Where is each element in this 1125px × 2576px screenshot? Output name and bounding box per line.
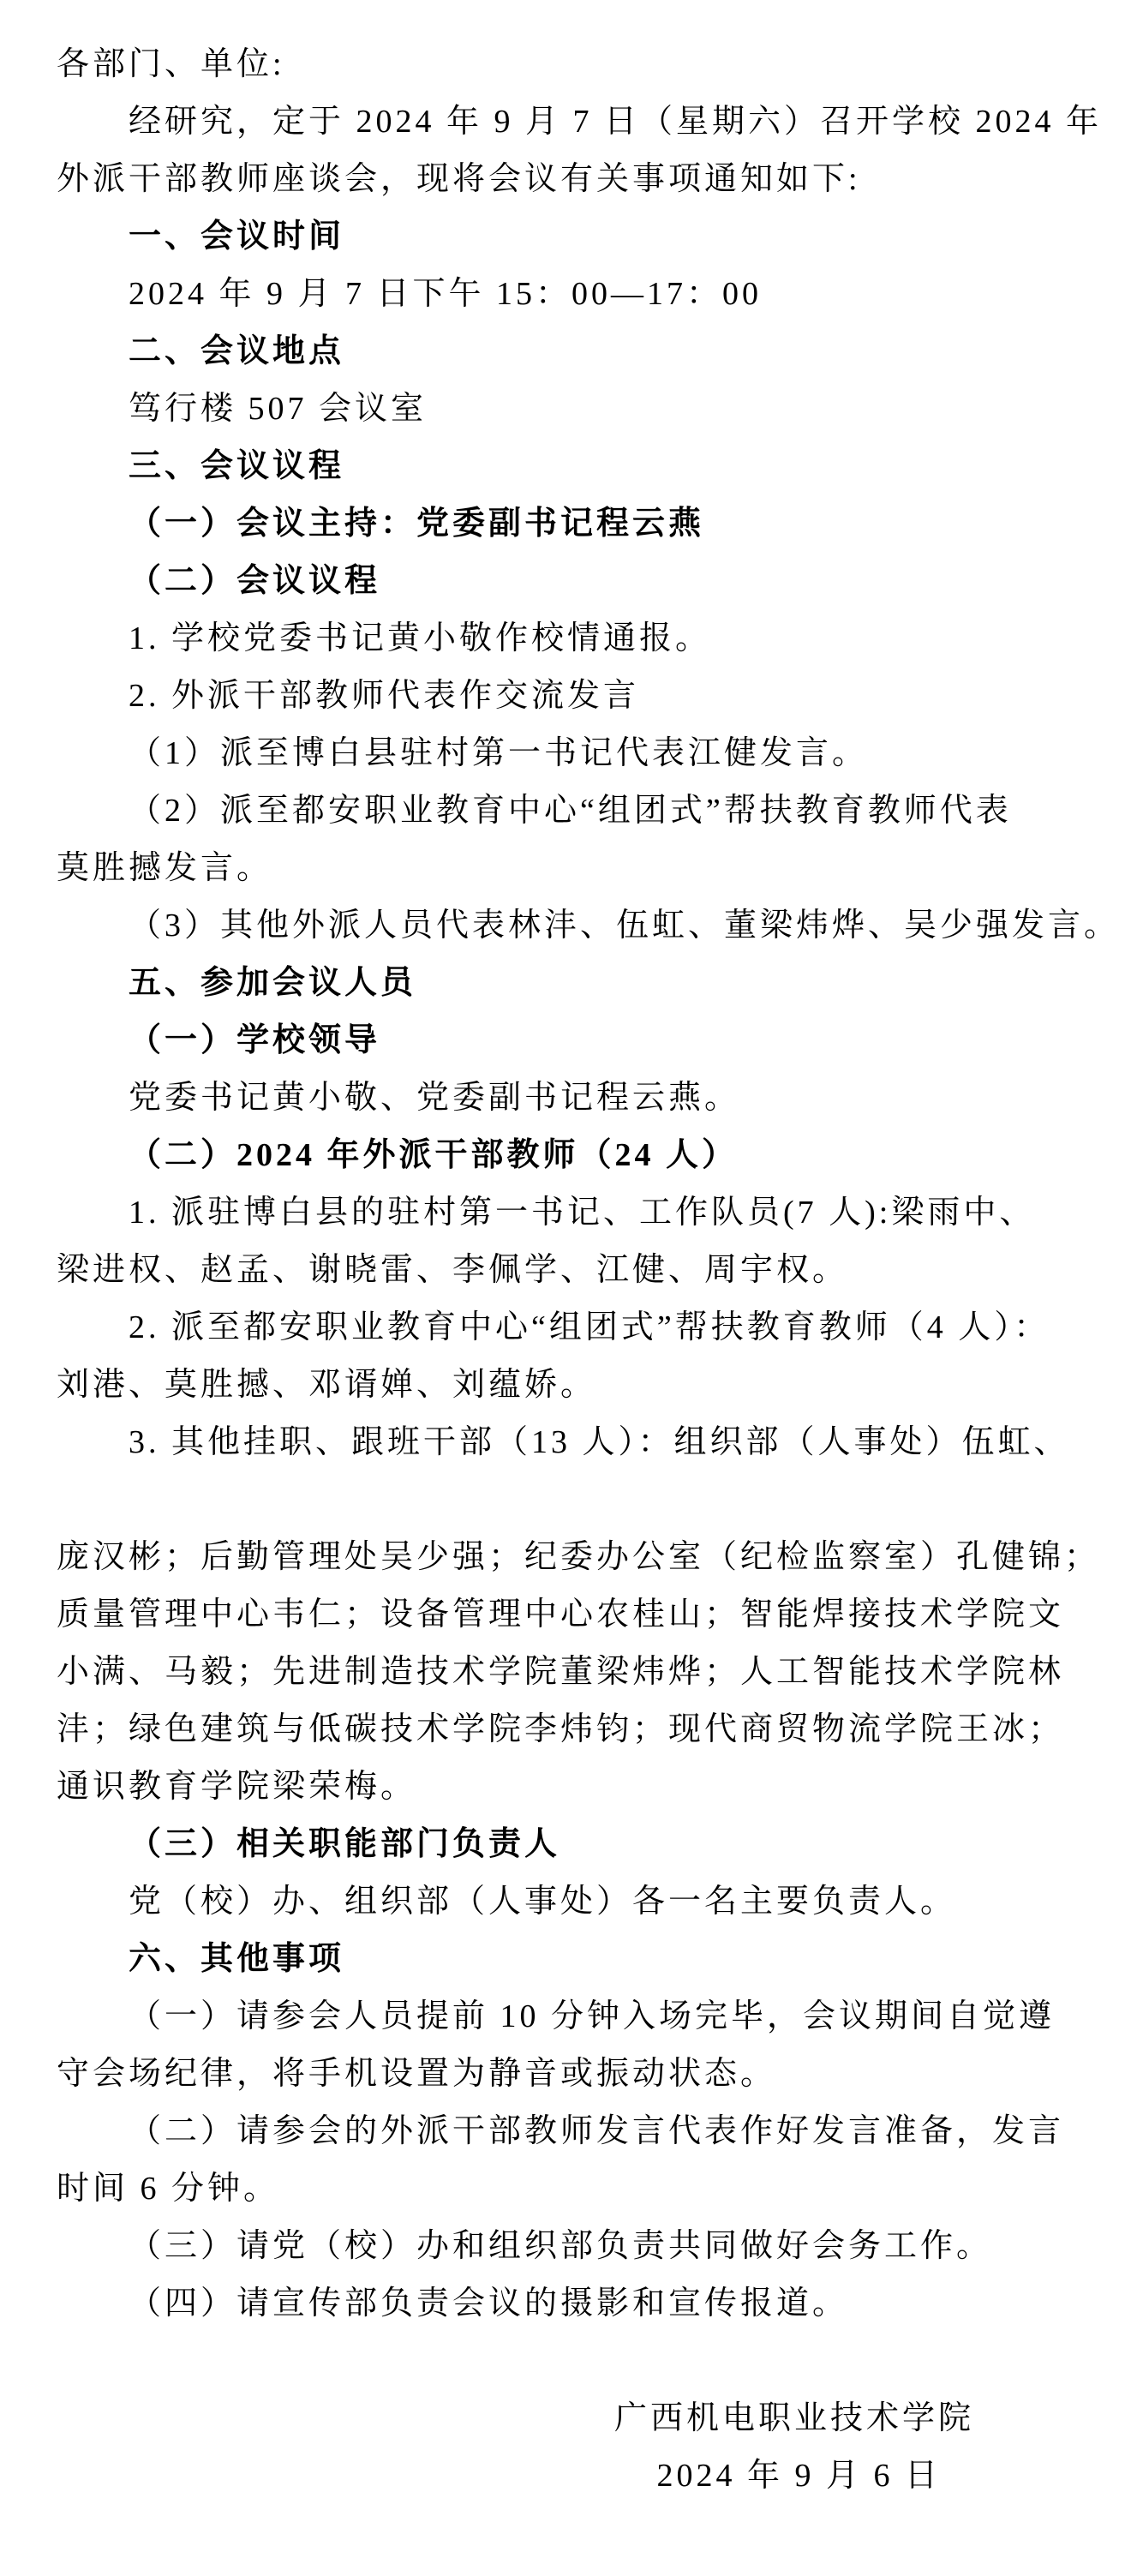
subsection-heading: （一）学校领导 (0, 1012, 1125, 1069)
subsection-heading: （一）会议主持：党委副书记程云燕 (0, 495, 1125, 553)
doc-line: 2. 外派干部教师代表作交流发言 (0, 668, 1125, 725)
doc-line: 各部门、单位: (0, 36, 1125, 93)
section-heading: 二、会议地点 (0, 323, 1125, 380)
signature-organization: 广西机电职业技术学院 (0, 2390, 1125, 2447)
doc-line: 外派干部教师座谈会，现将会议有关事项通知如下: (0, 151, 1125, 208)
doc-line: 小满、马毅；先进制造技术学院董梁炜烨；人工智能技术学院林 (0, 1644, 1125, 1701)
doc-line: 1. 派驻博白县的驻村第一书记、工作队员(7 人):梁雨中、 (0, 1184, 1125, 1242)
doc-line: 质量管理中心韦仁；设备管理中心农桂山；智能焊接技术学院文 (0, 1586, 1125, 1644)
doc-line: 党委书记黄小敬、党委副书记程云燕。 (0, 1069, 1125, 1127)
doc-line: 2024 年 9 月 7 日下午 15：00—17：00 (0, 266, 1125, 323)
doc-line: 3. 其他挂职、跟班干部（13 人）：组织部（人事处）伍虹、 (0, 1414, 1125, 1471)
doc-line: （二）请参会的外派干部教师发言代表作好发言准备，发言 (0, 2103, 1125, 2160)
doc-line: 莫胜撼发言。 (0, 840, 1125, 897)
subsection-heading: （二）2024 年外派干部教师（24 人） (0, 1127, 1125, 1184)
doc-line: 守会场纪律，将手机设置为静音或振动状态。 (0, 2046, 1125, 2103)
doc-line: （2）派至都安职业教育中心“组团式”帮扶教育教师代表 (0, 782, 1125, 840)
blank-line (0, 1471, 1125, 1529)
subsection-heading: （二）会议议程 (0, 553, 1125, 610)
doc-line: 梁进权、赵孟、谢晓雷、李佩学、江健、周宇权。 (0, 1242, 1125, 1299)
doc-line: 2. 派至都安职业教育中心“组团式”帮扶教育教师（4 人）： (0, 1299, 1125, 1357)
doc-line: （四）请宣传部负责会议的摄影和宣传报道。 (0, 2275, 1125, 2333)
doc-line: 通识教育学院梁荣梅。 (0, 1758, 1125, 1816)
doc-line: （3）其他外派人员代表林沣、伍虹、董梁炜烨、吴少强发言。 (0, 897, 1125, 955)
doc-line: 时间 6 分钟。 (0, 2160, 1125, 2218)
doc-line: 沣；绿色建筑与低碳技术学院李炜钧；现代商贸物流学院王冰； (0, 1701, 1125, 1758)
doc-line: 庞汉彬；后勤管理处吴少强；纪委办公室（纪检监察室）孔健锦； (0, 1529, 1125, 1586)
doc-line: 笃行楼 507 会议室 (0, 380, 1125, 438)
section-heading: 一、会议时间 (0, 208, 1125, 266)
doc-line: 1. 学校党委书记黄小敬作校情通报。 (0, 610, 1125, 668)
section-heading: 三、会议议程 (0, 438, 1125, 495)
doc-line: （一）请参会人员提前 10 分钟入场完毕，会议期间自觉遵 (0, 1988, 1125, 2046)
blank-line (0, 2333, 1125, 2390)
doc-line: 经研究，定于 2024 年 9 月 7 日（星期六）召开学校 2024 年 (0, 93, 1125, 151)
document-page: 各部门、单位:经研究，定于 2024 年 9 月 7 日（星期六）召开学校 20… (0, 0, 1125, 2576)
doc-line: 刘港、莫胜撼、邓谞婵、刘蕴娇。 (0, 1357, 1125, 1414)
doc-line: （三）请党（校）办和组织部负责共同做好会务工作。 (0, 2218, 1125, 2275)
section-heading: 五、参加会议人员 (0, 955, 1125, 1012)
section-heading: 六、其他事项 (0, 1931, 1125, 1988)
doc-line: 党（校）办、组织部（人事处）各一名主要负责人。 (0, 1873, 1125, 1931)
signature-date: 2024 年 9 月 6 日 (0, 2447, 1125, 2505)
subsection-heading: （三）相关职能部门负责人 (0, 1816, 1125, 1873)
doc-line: （1）派至博白县驻村第一书记代表江健发言。 (0, 725, 1125, 782)
